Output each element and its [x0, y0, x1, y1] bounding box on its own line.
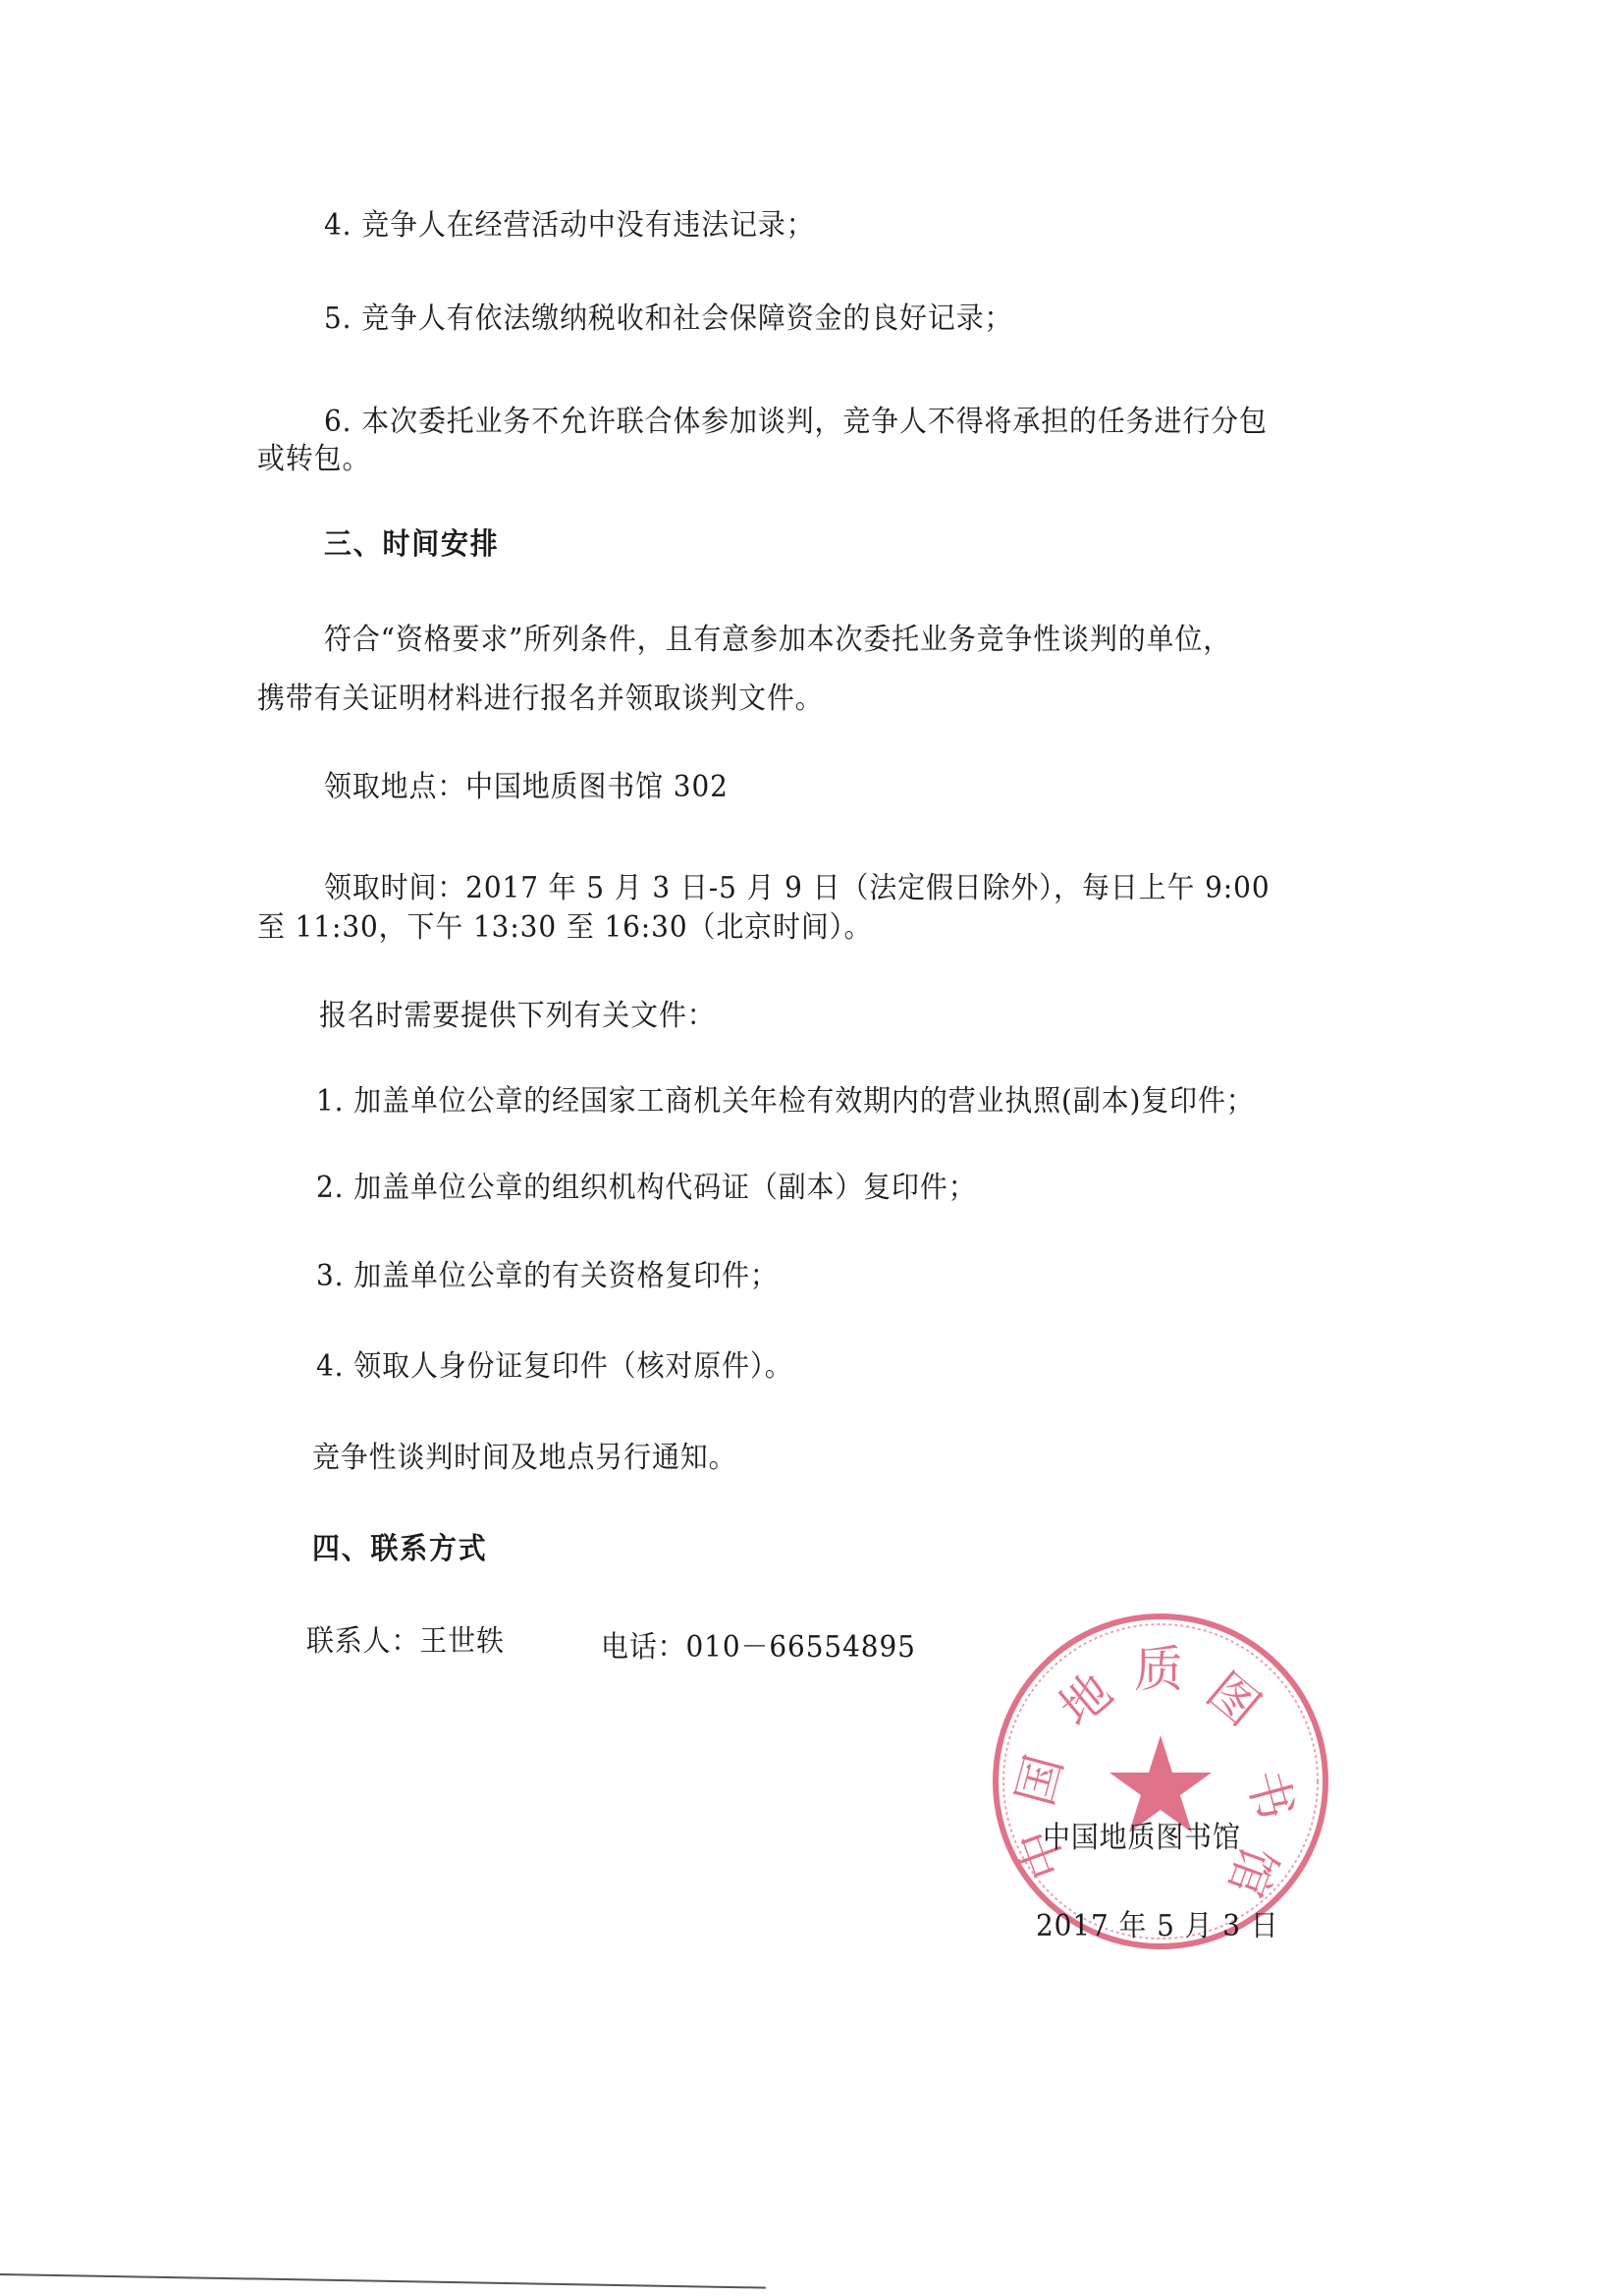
svg-text:图: 图	[1196, 1662, 1271, 1737]
required-doc-2: 2. 加盖单位公章的组织机构代码证（副本）复印件；	[316, 1169, 977, 1208]
official-seal-icon: 国 地 质 图 书 中 馆	[987, 1608, 1335, 1956]
svg-text:国: 国	[1006, 1749, 1074, 1811]
pickup-time-line2: 至 11:30，下午 13:30 至 16:30（北京时间）。	[257, 908, 872, 948]
required-docs-intro: 报名时需要提供下列有关文件：	[319, 997, 716, 1036]
required-doc-4: 4. 领取人身份证复印件（核对原件）。	[316, 1347, 793, 1387]
required-doc-1: 1. 加盖单位公章的经国家工商机关年检有效期内的营业执照(副本)复印件；	[316, 1082, 1255, 1121]
section-heading-schedule: 三、时间安排	[324, 525, 500, 565]
pickup-location: 领取地点：中国地质图书馆 302	[324, 768, 729, 807]
required-doc-3: 3. 加盖单位公章的有关资格复印件；	[316, 1257, 779, 1296]
svg-text:书: 书	[1236, 1764, 1304, 1826]
contact-phone: 电话：010－66554895	[601, 1628, 916, 1667]
svg-text:质: 质	[1134, 1641, 1183, 1698]
requirement-item-5: 5. 竞争人有依法缴纳税收和社会保障资金的良好记录；	[324, 300, 1012, 339]
section-heading-contact: 四、联系方式	[312, 1530, 488, 1569]
requirement-item-6: 6. 本次委托业务不允许联合体参加谈判，竞争人不得将承担的任务进行分包	[324, 403, 1268, 442]
signature-date: 2017 年 5 月 3 日	[1036, 1907, 1279, 1946]
requirement-item-6-cont: 或转包。	[257, 440, 370, 479]
requirement-item-4: 4. 竞争人在经营活动中没有违法记录；	[324, 206, 815, 246]
eligibility-paragraph-line1: 符合“资格要求”所列条件，且有意参加本次委托业务竞争性谈判的单位，	[324, 621, 1231, 660]
signature-organization: 中国地质图书馆	[1043, 1819, 1241, 1858]
svg-text:地: 地	[1049, 1663, 1123, 1738]
contact-person: 联系人：王世轶	[306, 1622, 505, 1662]
scan-edge-line	[0, 2273, 766, 2289]
eligibility-paragraph-line2: 携带有关证明材料进行报名并领取谈判文件。	[257, 680, 824, 719]
pickup-time-line1: 领取时间：2017 年 5 月 3 日-5 月 9 日（法定假日除外），每日上午…	[324, 869, 1271, 908]
negotiation-notice: 竞争性谈判时间及地点另行通知。	[312, 1439, 736, 1478]
